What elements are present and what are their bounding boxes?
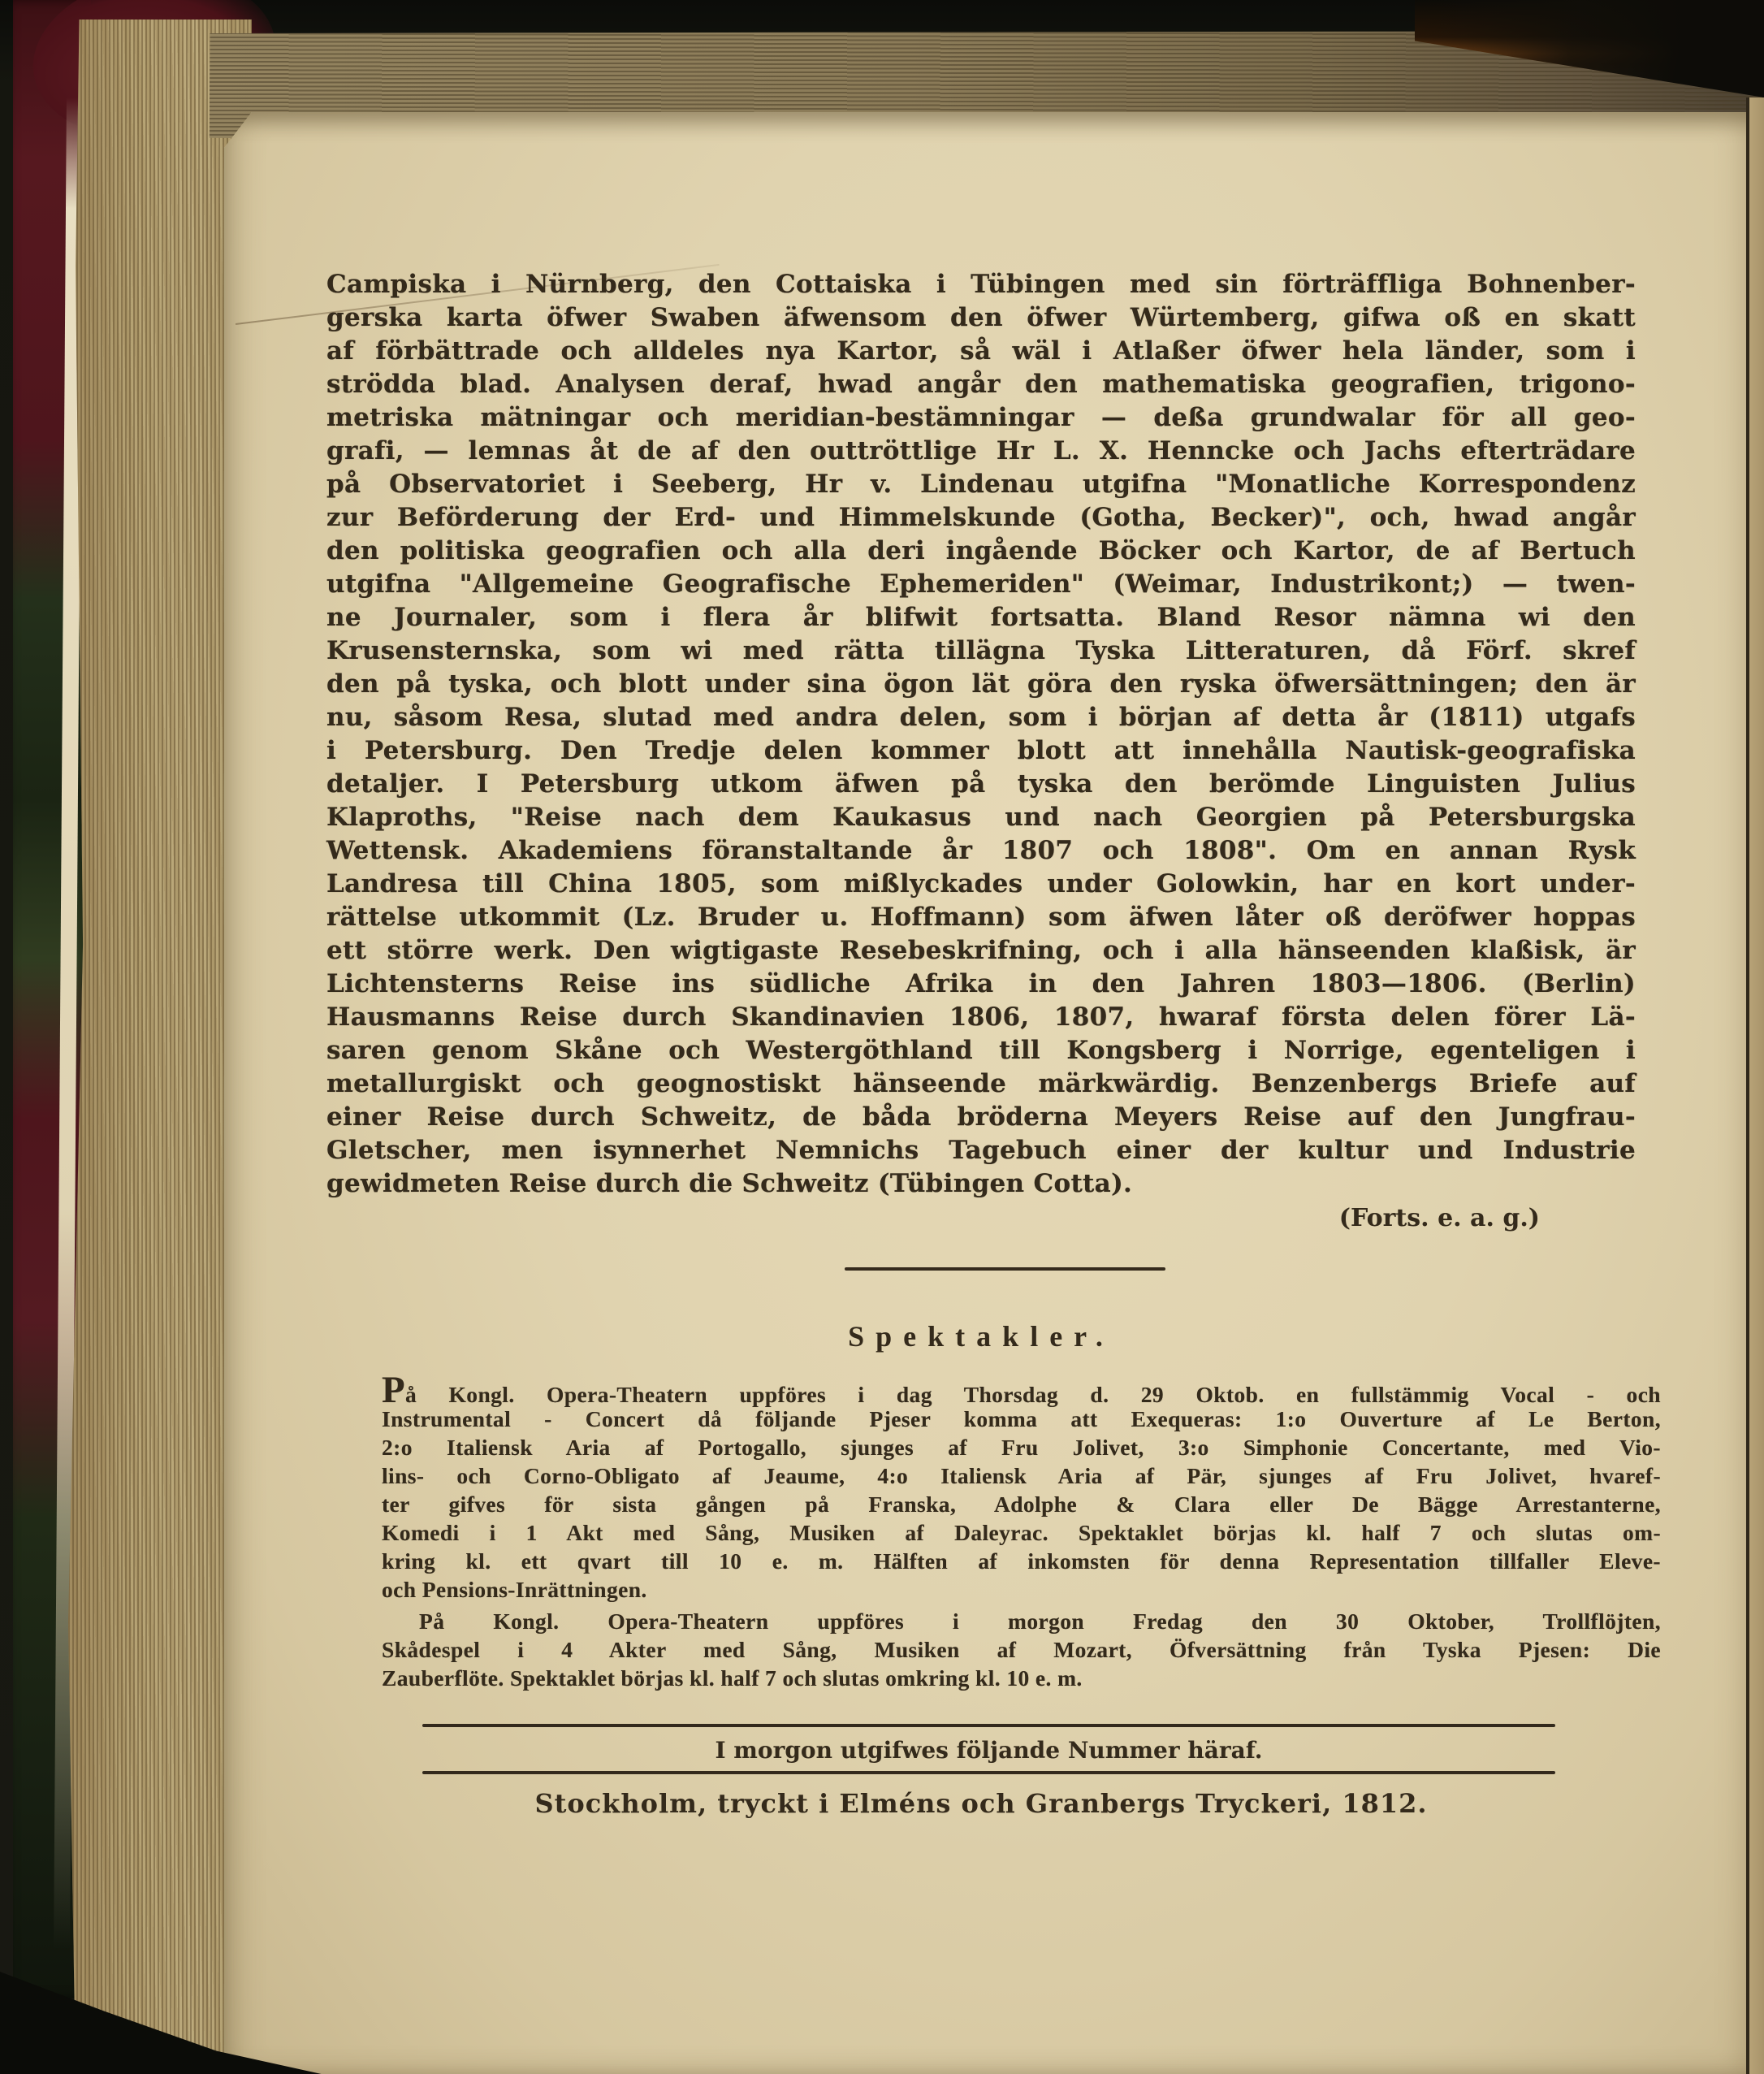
text-line: nu, såsom Resa, slutad med andra delen, … (326, 701, 1636, 734)
text-line: utgifna "Allgemeine Geografische Ephemer… (326, 568, 1636, 601)
text-line: Wettensk. Akademiens föranstaltande år 1… (326, 834, 1636, 868)
text-line: den politiska geografien och alla deri i… (326, 535, 1636, 568)
text-line: På Kongl. Opera-Theatern uppföres i morg… (382, 1607, 1661, 1635)
section-divider-rule (845, 1267, 1165, 1271)
text-line: af förbättrade och alldeles nya Kartor, … (326, 335, 1636, 368)
section-heading: Spektakler. (326, 1319, 1636, 1353)
text-line: på Observatoriet i Seeberg, Hr v. Linden… (326, 468, 1636, 501)
text-line: gerska karta öfwer Swaben äfwensom den ö… (326, 301, 1636, 335)
text-line: detaljer. I Petersburg utkom äfwen på ty… (326, 768, 1636, 801)
text-line: gewidmeten Reise durch die Schweitz (Tüb… (326, 1167, 1636, 1201)
text-line: kring kl. ett qvart till 10 e. m. Hälfte… (382, 1547, 1661, 1575)
text-line: Komedi i 1 Akt med Sång, Musiken af Dale… (382, 1518, 1661, 1547)
text-line: ett större werk. Den wigtigaste Resebesk… (326, 934, 1636, 968)
notice-bottom-rule (422, 1771, 1555, 1774)
text-line: strödda blad. Analysen deraf, hwad angår… (326, 368, 1636, 401)
text-line: metallurgiskt och geognostiskt hänseende… (326, 1067, 1636, 1101)
text-line: ne Journaler, som i flera år blifwit for… (326, 601, 1636, 634)
text-line: saren genom Skåne och Westergöthland til… (326, 1034, 1636, 1067)
text-line: i Petersburg. Den Tredje delen kommer bl… (326, 734, 1636, 768)
continuation-note: (Forts. e. a. g.) (326, 1204, 1636, 1236)
text-line: metriska mätningar och meridian-bestämni… (326, 401, 1636, 435)
text-line: einer Reise durch Schweitz, de båda bröd… (326, 1101, 1636, 1134)
text-line: den på tyska, och blott under sina ögon … (326, 668, 1636, 701)
text-line: lins- och Corno-Obligato af Jeaume, 4:o … (382, 1461, 1661, 1490)
text-line: och Pensions-Inrättningen. (382, 1575, 1661, 1604)
text-line: ter gifves för sista gången på Franska, … (382, 1490, 1661, 1518)
notice-text: I morgon utgifwes följande Nummer häraf. (422, 1734, 1555, 1768)
text-line: Hausmanns Reise durch Skandinavien 1806,… (326, 1001, 1636, 1034)
spektakler-paragraph-2: På Kongl. Opera-Theatern uppföres i morg… (382, 1607, 1661, 1692)
text-line: Campiska i Nürnberg, den Cottaiska i Tüb… (326, 268, 1636, 301)
text-line: grafi, — lemnas åt de af den outtröttlig… (326, 435, 1636, 468)
text-line: Krusensternska, som wi med rätta tillägn… (326, 634, 1636, 668)
text-line: På Kongl. Opera-Theatern uppföres i dag … (382, 1376, 1661, 1405)
text-line: Lichtensterns Reise ins südliche Afrika … (326, 968, 1636, 1001)
article-text: Campiska i Nürnberg, den Cottaiska i Tüb… (326, 268, 1636, 1201)
notice-top-rule (422, 1724, 1555, 1727)
imprint-line: Stockholm, tryckt i Elméns och Granbergs… (326, 1784, 1636, 1823)
text-line: Gletscher, men isynnerhet Nemnichs Tageb… (326, 1134, 1636, 1167)
text-line: Landresa till China 1805, som mißlyckade… (326, 868, 1636, 901)
right-page-edge (1746, 97, 1764, 2074)
text-line: Instrumental - Concert då följande Pjese… (382, 1405, 1661, 1433)
text-line: Zauberflöte. Spektaklet börjas kl. half … (382, 1664, 1661, 1692)
text-line: Klaproths, "Reise nach dem Kaukasus und … (326, 801, 1636, 834)
book-scan-scene: Campiska i Nürnberg, den Cottaiska i Tüb… (0, 0, 1764, 2074)
text-line: zur Beförderung der Erd- und Himmelskund… (326, 501, 1636, 535)
spektakler-paragraph-1: På Kongl. Opera-Theatern uppföres i dag … (382, 1376, 1661, 1604)
text-line: rättelse utkommit (Lz. Bruder u. Hoffman… (326, 901, 1636, 934)
text-line: Skådespel i 4 Akter med Sång, Musiken af… (382, 1635, 1661, 1664)
text-line: 2:o Italiensk Aria af Portogallo, sjunge… (382, 1433, 1661, 1461)
